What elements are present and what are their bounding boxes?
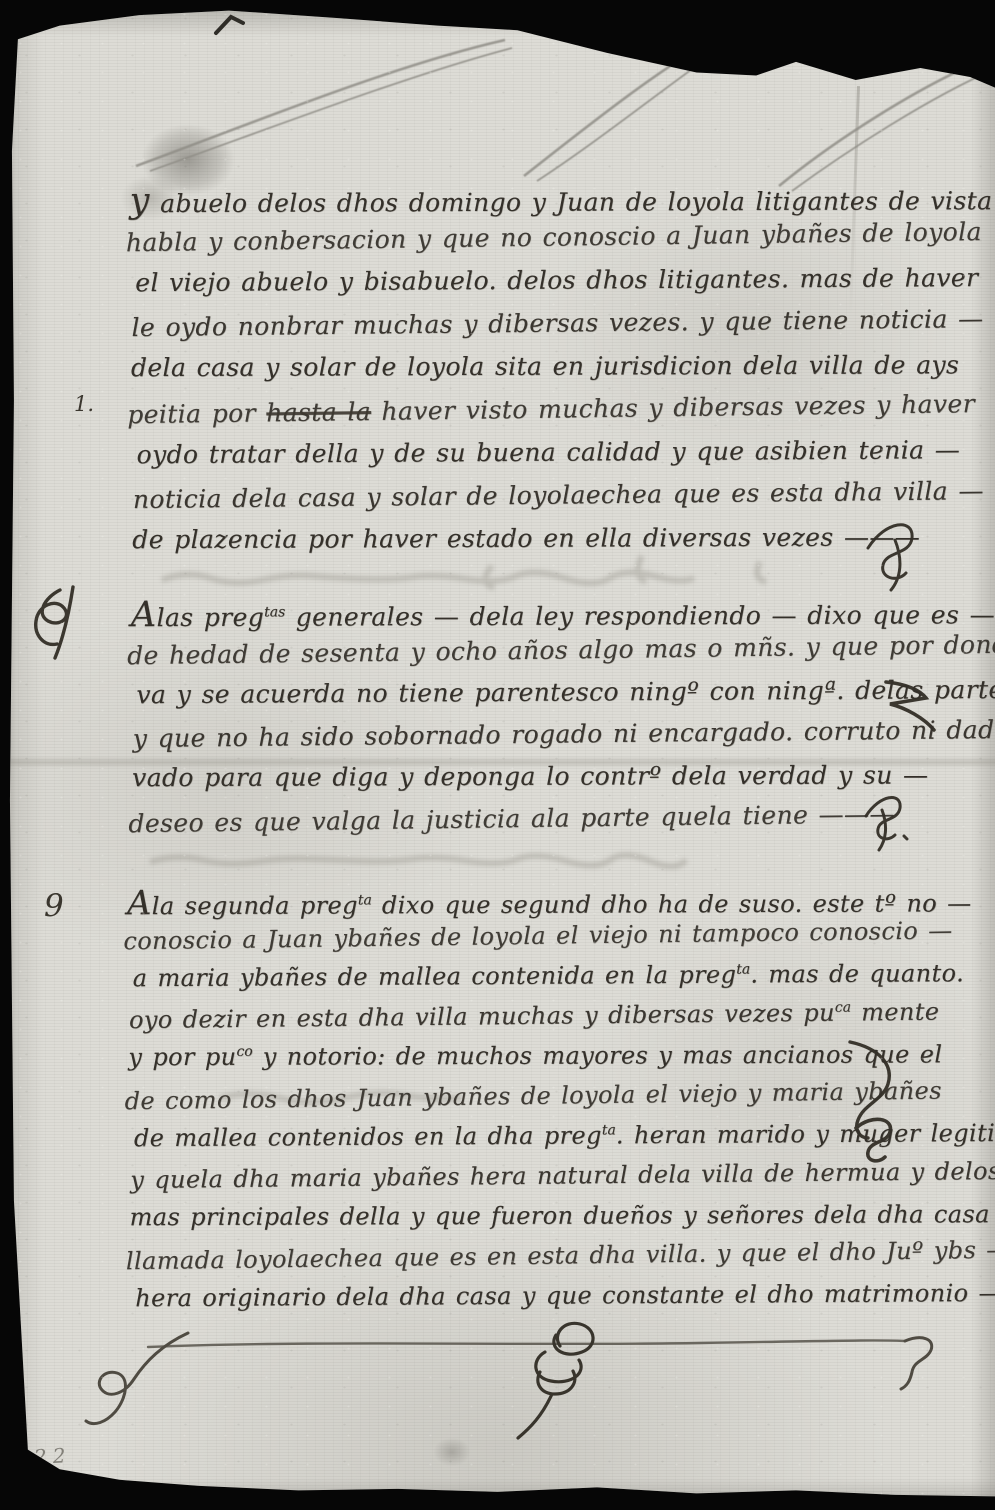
manuscript-scan: y abuelo delos dhos domingo y Juan de lo… <box>0 0 995 1510</box>
manuscript-line: oydo tratar della y de su buena calidad … <box>136 435 966 483</box>
notary-knot-icon <box>518 1323 593 1438</box>
manuscript-page: y abuelo delos dhos domingo y Juan de lo… <box>0 0 995 1510</box>
closing-rule-left-hook-icon <box>86 1333 188 1424</box>
manuscript-line: noticia dela casa y solar de loyolaechea… <box>133 476 963 528</box>
closing-rule-right-hook-icon <box>901 1338 932 1389</box>
folio-number: 22 <box>33 1443 72 1469</box>
manuscript-line: y por puco y notorio: de muchos mayores … <box>128 1040 958 1083</box>
paragraph-second-question: Ala segunda pregta dixo que segund dho h… <box>127 879 960 1326</box>
manuscript-line: y que no ha sido sobornado rogado ni enc… <box>133 715 963 766</box>
manuscript-line: vado para que diga y deponga lo contrº d… <box>132 760 962 805</box>
manuscript-line: oyo dezir en esta dha villa muchas y dib… <box>129 997 959 1046</box>
manuscript-line: a maria ybañes de mallea contenida en la… <box>133 959 963 1004</box>
closing-rule <box>86 1323 932 1438</box>
margin-number: 9 <box>44 888 64 924</box>
manuscript-line: hera originario dela dha casa y que cons… <box>135 1279 965 1324</box>
margin-rubric-flourish-icon <box>36 587 73 658</box>
manuscript-line: Ala segunda pregta dixo que segund dho h… <box>127 880 957 923</box>
pen-trial-strokes-icon <box>136 38 995 191</box>
manuscript-line: y abuelo delos dhos domingo y Juan de lo… <box>130 178 960 224</box>
caret-mark-icon <box>216 17 243 33</box>
manuscript-line: Alas pregtas generales — dela ley respon… <box>131 592 961 637</box>
manuscript-line: deseo es que valga la justicia ala parte… <box>128 798 958 851</box>
manuscript-line: de plazencia por haver estado en ella di… <box>132 522 962 568</box>
manuscript-line: de mallea contenidos en la dha pregta. h… <box>134 1119 964 1164</box>
manuscript-line: dela casa y solar de loyola sita en juri… <box>131 350 961 396</box>
manuscript-line: el viejo abuelo y bisabuelo. delos dhos … <box>135 263 965 311</box>
margin-number: 1. <box>74 392 94 416</box>
manuscript-line: mas principales della y que fueron dueño… <box>130 1200 960 1243</box>
closing-rule-line <box>148 1340 905 1347</box>
paragraph-general-questions: Alas pregtas generales — dela ley respon… <box>131 590 963 849</box>
manuscript-line: y quela dha maria ybañes hera natural de… <box>130 1157 960 1206</box>
manuscript-line: va y se acuerda no tiene parentesco ning… <box>136 675 966 722</box>
manuscript-line: le oydo nonbrar muchas y dibersas vezes.… <box>131 304 961 356</box>
paragraph-testimony-continuation: y abuelo delos dhos domingo y Juan de lo… <box>129 176 962 570</box>
